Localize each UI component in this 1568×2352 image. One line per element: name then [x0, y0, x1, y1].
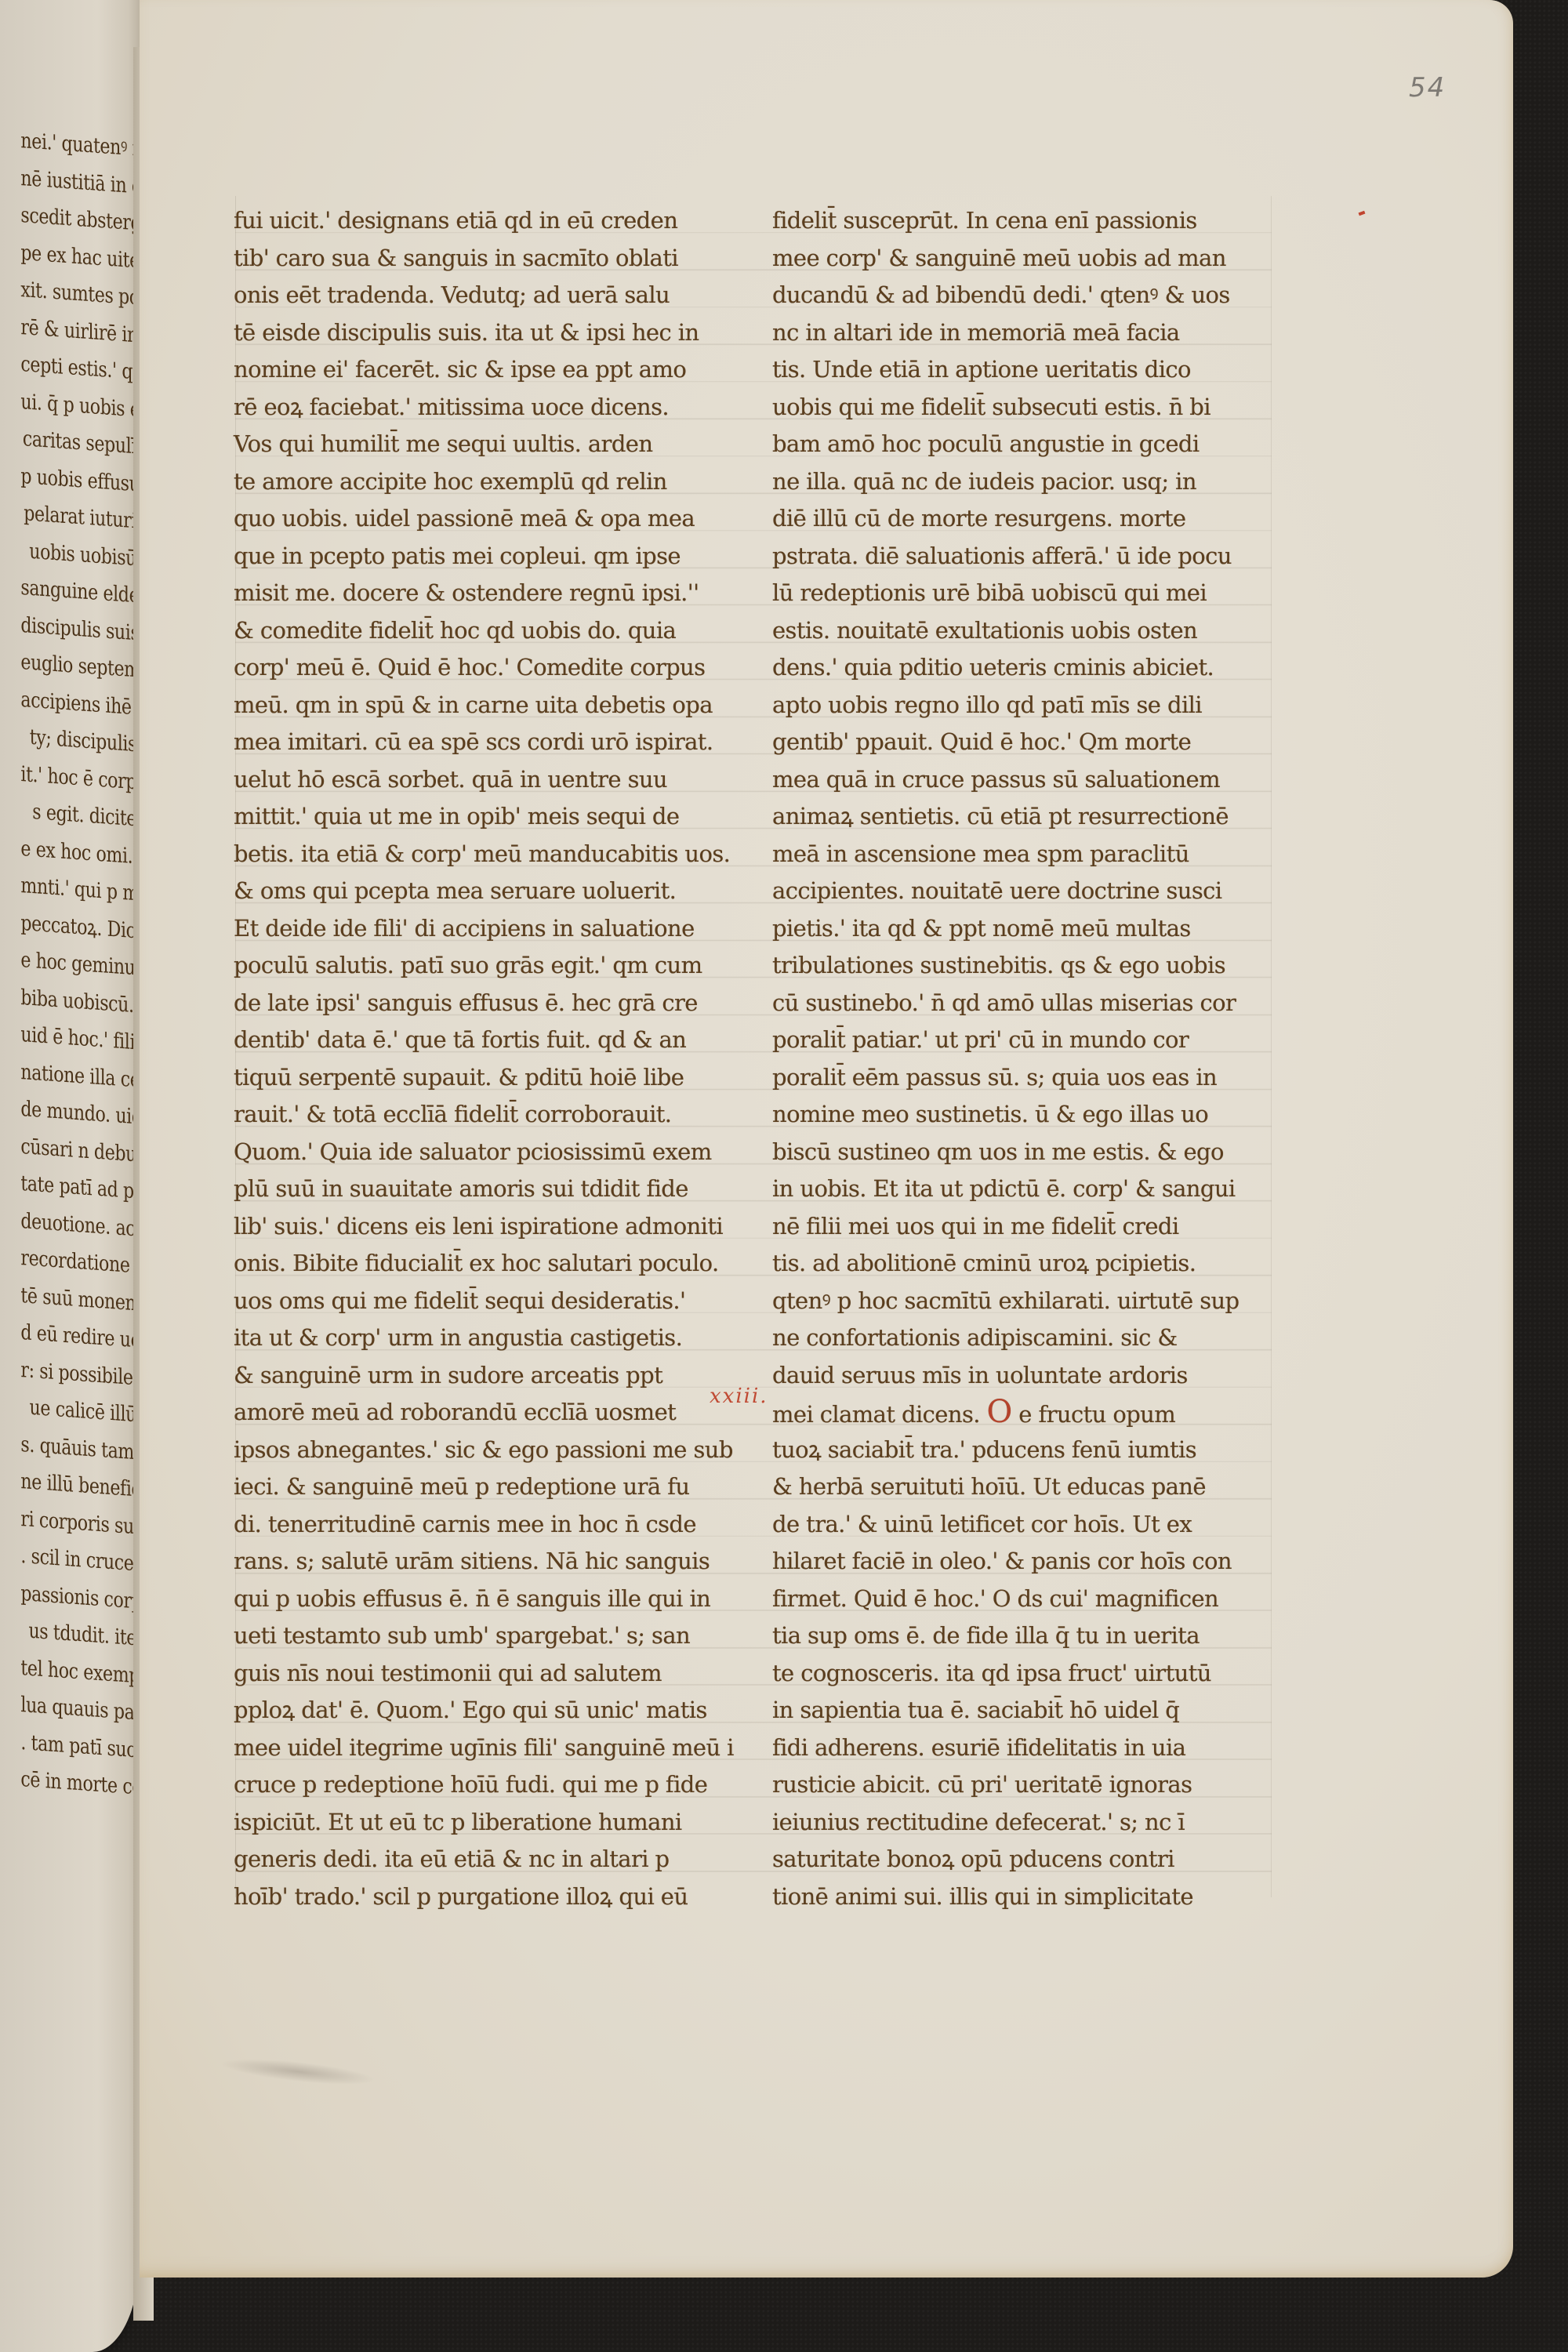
text-line: nc in altari ide in memoriā meā facia	[772, 314, 1282, 352]
text-line: nē filii mei uos qui in me fidelit̄ cred…	[772, 1208, 1282, 1246]
text-line: saturitate bonoꝝ opū pducens contri	[772, 1841, 1282, 1878]
text-line: ne illa. quā nc de iudeis pacior. usq; i…	[772, 463, 1282, 501]
text-line: biscū sustineo qm uos in me estis. & ego	[772, 1134, 1282, 1171]
text-line: animaꝝ sentietis. cū etiā pt resurrectio…	[772, 798, 1282, 836]
text-line: tis. ad abolitionē cminū uroꝝ pcipietis.	[772, 1245, 1282, 1283]
text-line: nomine ei' facerēt. sic & ipse ea ppt am…	[234, 351, 743, 389]
text-line: meū. qm in spū & in carne uita debetis o…	[234, 687, 743, 724]
text-line: ueti testamto sub umb' spargebat.' s; sa…	[234, 1617, 743, 1655]
text-line: tuoꝝ saciabit̄ tra.' pducens fenū iumtis	[772, 1432, 1282, 1469]
text-line: tribulationes sustinebitis. qs & ego uob…	[772, 947, 1282, 985]
text-line: dentib' data ē.' que tā fortis fuit. qd …	[234, 1022, 743, 1059]
text-line: te amore accipite hoc exemplū qd relin	[234, 463, 743, 501]
text-line: poralit̄ eēm passus sū. s; quia uos eas …	[772, 1059, 1282, 1097]
text-line: poculū salutis. patī suo grās egit.' qm …	[234, 947, 743, 985]
text-line: & comedite fidelit̄ hoc qd uobis do. qui…	[234, 612, 743, 650]
text-line: plū suū in suauitate amoris sui tdidit f…	[234, 1171, 743, 1208]
text-line: ita ut & corp' urm in angustia castigeti…	[234, 1319, 743, 1357]
text-line: meā in ascensione mea spm paraclitū	[772, 836, 1282, 873]
text-line: nomine meo sustinetis. ū & ego illas uo	[772, 1096, 1282, 1134]
text-line: hilaret faciē in oleo.' & panis cor hoīs…	[772, 1543, 1282, 1581]
text-line: mittit.' quia ut me in opib' meis sequi …	[234, 798, 743, 836]
text-line: ieiunius rectitudine defecerat.' s; nc ī	[772, 1804, 1282, 1842]
text-line: pstrata. diē saluationis afferā.' ū ide …	[772, 538, 1282, 575]
text-line: lib' suis.' dicens eis leni ispiratione …	[234, 1208, 743, 1246]
text-line: onis eēt tradenda. Vedutq; ad uerā salu	[234, 277, 743, 314]
text-line: & herbā seruituti hoīū. Ut educas panē	[772, 1468, 1282, 1506]
text-line: rans. s; salutē urām sitiens. Nā hic san…	[234, 1543, 743, 1581]
text-line: fidi adherens. esuriē ifidelitatis in ui…	[772, 1730, 1282, 1767]
text-line: Vos qui humilit̄ me sequi uultis. arden	[234, 426, 743, 463]
text-line: mee uidel itegrime ugīnis fili' sanguinē…	[234, 1730, 743, 1767]
verso-text-fragment: nei.' quatenꝰ itatanē iustitiā in opibsc…	[0, 121, 136, 1806]
text-line: ne confortationis adipiscamini. sic &	[772, 1319, 1282, 1357]
text-line: cruce p redeptione hoīū fudi. qui me p f…	[234, 1766, 743, 1804]
text-line: cē in morte corporī	[20, 1761, 136, 1806]
text-line: guis nīs noui testimonii qui ad salutem	[234, 1655, 743, 1693]
text-line: te cognosceris. ita qd ipsa fruct' uirtu…	[772, 1655, 1282, 1693]
text-line: uobis qui me fidelit̄ subsecuti estis. n…	[772, 389, 1282, 426]
text-line: que in pcepto patis mei copleui. qm ipse	[234, 538, 743, 575]
text-line: fidelit̄ susceprūt. In cena enī passioni…	[772, 202, 1282, 240]
text-line: ieci. & sanguinē meū p redeptione urā fu	[234, 1468, 743, 1506]
text-column-left: fui uicit.' designans etiā qd in eū cred…	[234, 202, 743, 1915]
text-line: Et deide ide fili' di accipiens in salua…	[234, 910, 743, 948]
text-line: lū redeptionis urē bibā uobiscū qui mei	[772, 575, 1282, 612]
text-line: rauit.' & totā ecclīā fidelit̄ corrobora…	[234, 1096, 743, 1134]
text-line: tionē animi sui. illis qui in simplicita…	[772, 1878, 1282, 1916]
chapter-number-rubric: xxiii.	[710, 1385, 768, 1408]
text-line: corp' meū ē. Quid ē hoc.' Comedite corpu…	[234, 649, 743, 687]
text-line: ipsos abnegantes.' sic & ego passioni me…	[234, 1432, 743, 1469]
verso-page-edge: nei.' quatenꝰ itatanē iustitiā in opibsc…	[0, 0, 140, 2352]
folio-number: 54	[1409, 72, 1446, 103]
text-line: pploꝝ dat' ē. Quom.' Ego qui sū unic' ma…	[234, 1692, 743, 1730]
text-line: pietis.' ita qd & ppt nomē meū multas	[772, 910, 1282, 948]
text-line: dens.' quia pditio ueteris cminis abicie…	[772, 649, 1282, 687]
text-line: & sanguinē urm in sudore arceatis ppt	[234, 1357, 743, 1395]
text-line: mea quā in cruce passus sū saluationem	[772, 761, 1282, 799]
text-line: Quom.' Quia ide saluator pciosissimū exe…	[234, 1134, 743, 1171]
text-line: gentib' ppauit. Quid ē hoc.' Qm morte	[772, 724, 1282, 761]
text-line: mei clamat dicens. O e fructu opum	[772, 1394, 1282, 1432]
text-line: betis. ita etiā & corp' meū manducabitis…	[234, 836, 743, 873]
text-line: ducandū & ad bibendū dedi.' qtenꝰ & uos	[772, 277, 1282, 314]
text-line: cū sustinebo.' n̄ qd amō ullas miserias …	[772, 985, 1282, 1022]
text-line: tia sup oms ē. de fide illa q̄ tu in uer…	[772, 1617, 1282, 1655]
text-line: apto uobis regno illo qd patī mīs se dil…	[772, 687, 1282, 724]
red-initial-o: O	[986, 1394, 1011, 1430]
text-line: tis. Unde etiā in aptione ueritatis dico	[772, 351, 1282, 389]
text-line: de tra.' & uinū letificet cor hoīs. Ut e…	[772, 1506, 1282, 1544]
text-line: fui uicit.' designans etiā qd in eū cred…	[234, 202, 743, 240]
text-line: mea imitari. cū ea spē scs cordi urō isp…	[234, 724, 743, 761]
text-line: poralit̄ patiar.' ut pri' cū in mundo co…	[772, 1022, 1282, 1059]
text-line: mee corp' & sanguinē meū uobis ad man	[772, 240, 1282, 278]
text-line: firmet. Quid ē hoc.' O ds cui' magnifice…	[772, 1581, 1282, 1618]
text-line: qui p uobis effusus ē. n̄ ē sanguis ille…	[234, 1581, 743, 1618]
text-line: amorē meū ad roborandū ecclīā uosmet	[234, 1394, 743, 1432]
text-line: in sapientia tua ē. saciabit̄ hō uidel q…	[772, 1692, 1282, 1730]
text-line: bam amō hoc poculū angustie in gcedi	[772, 426, 1282, 463]
text-line: uelut hō escā sorbet. quā in uentre suu	[234, 761, 743, 799]
text-line: estis. nouitatē exultationis uobis osten	[772, 612, 1282, 650]
text-line: de late ipsi' sanguis effusus ē. hec grā…	[234, 985, 743, 1022]
text-line: dauid seruus mīs in uoluntate ardoris	[772, 1357, 1282, 1395]
text-line: tib' caro sua & sanguis in sacmīto oblat…	[234, 240, 743, 278]
text-line: tiquū serpentē supauit. & pditū hoiē lib…	[234, 1059, 743, 1097]
text-line: di. tenerritudinē carnis mee in hoc n̄ c…	[234, 1506, 743, 1544]
text-line: rē eoꝝ faciebat.' mitissima uoce dicens.	[234, 389, 743, 426]
text-line: rusticie abicit. cū pri' ueritatē ignora…	[772, 1766, 1282, 1804]
text-line: qtenꝰ p hoc sacmītū exhilarati. uirtutē …	[772, 1283, 1282, 1320]
text-line: tē eisde discipulis suis. ita ut & ipsi …	[234, 314, 743, 352]
text-line: in uobis. Et ita ut pdictū ē. corp' & sa…	[772, 1171, 1282, 1208]
text-line: ispiciūt. Et ut eū tc p liberatione huma…	[234, 1804, 743, 1842]
text-line: accipientes. nouitatē uere doctrine susc…	[772, 873, 1282, 910]
text-line: generis dedi. ita eū etiā & nc in altari…	[234, 1841, 743, 1878]
text-line: quo uobis. uidel passionē meā & opa mea	[234, 500, 743, 538]
text-line: diē illū cū de morte resurgens. morte	[772, 500, 1282, 538]
text-line: misit me. docere & ostendere regnū ipsi.…	[234, 575, 743, 612]
text-column-right: fidelit̄ susceprūt. In cena enī passioni…	[772, 202, 1282, 1915]
text-line: hoīb' trado.' scil p purgatione illoꝝ qu…	[234, 1878, 743, 1916]
text-line: & oms qui pcepta mea seruare uoluerit.	[234, 873, 743, 910]
text-line: onis. Bibite fiducialit̄ ex hoc salutari…	[234, 1245, 743, 1283]
text-line: uos oms qui me fidelit̄ sequi desiderati…	[234, 1283, 743, 1320]
